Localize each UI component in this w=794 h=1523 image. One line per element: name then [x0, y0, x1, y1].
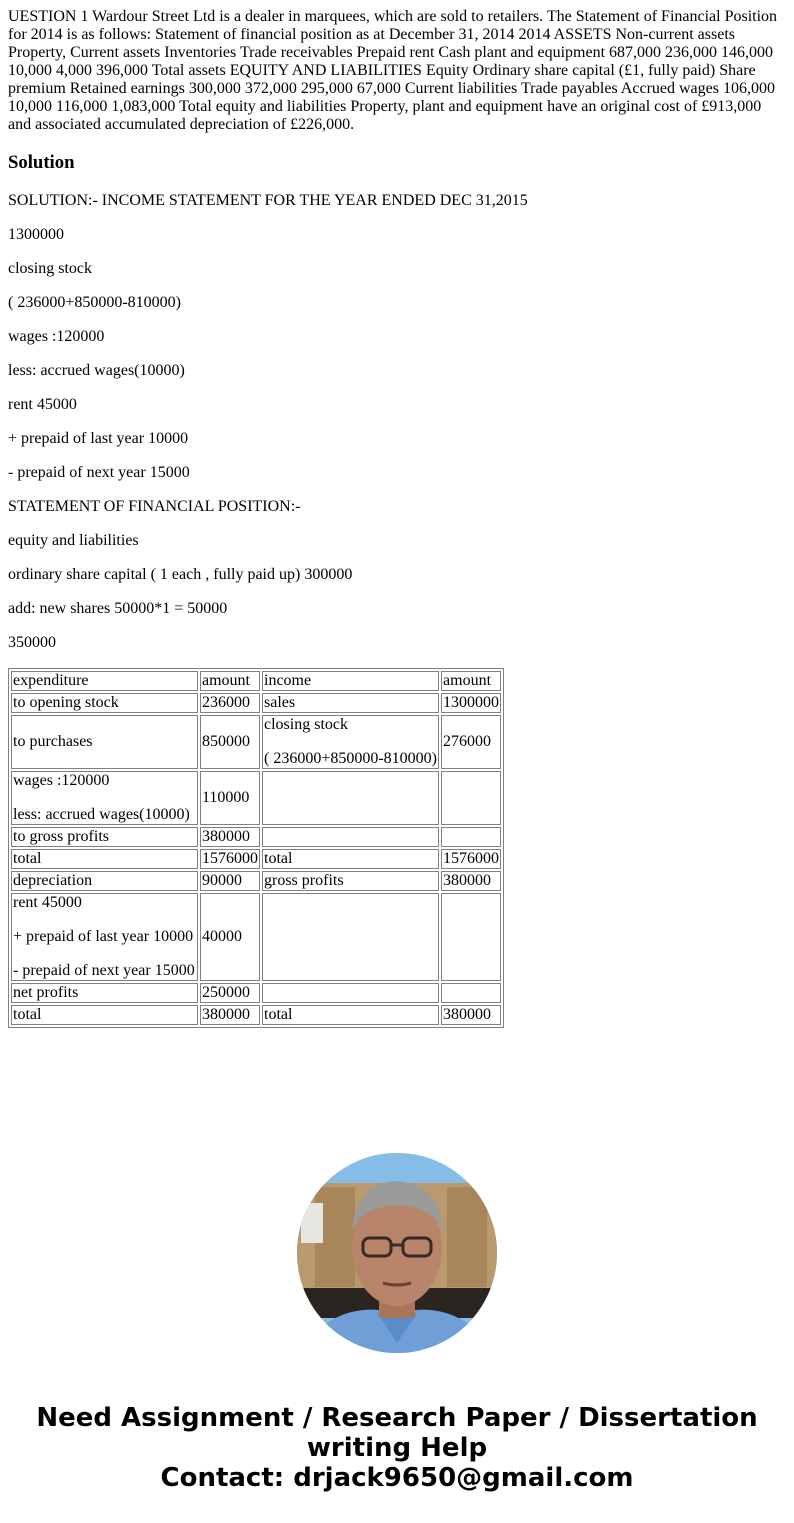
table-row: total1576000total1576000 [11, 849, 501, 869]
header-expenditure: expenditure [11, 671, 198, 691]
solution-line: STATEMENT OF FINANCIAL POSITION:- [8, 498, 786, 516]
solution-lines: SOLUTION:- INCOME STATEMENT FOR THE YEAR… [8, 192, 786, 652]
question-text: UESTION 1 Wardour Street Ltd is a dealer… [8, 8, 786, 134]
income-amount-cell: 276000 [441, 715, 501, 769]
document-body: UESTION 1 Wardour Street Ltd is a dealer… [0, 0, 794, 1028]
income-amount-cell: 1576000 [441, 849, 501, 869]
income-cell: total [262, 1005, 439, 1025]
table-row: to purchases850000closing stock( 236000+… [11, 715, 501, 769]
expenditure-cell: to purchases [11, 715, 198, 769]
solution-line: wages :120000 [8, 328, 786, 346]
income-amount-cell: 1300000 [441, 693, 501, 713]
income-cell [262, 893, 439, 981]
solution-line: ( 236000+850000-810000) [8, 294, 786, 312]
income-amount-cell: 380000 [441, 871, 501, 891]
table-row: depreciation90000gross profits380000 [11, 871, 501, 891]
solution-line: 350000 [8, 634, 786, 652]
expenditure-amount-cell: 110000 [200, 771, 260, 825]
expenditure-cell: net profits [11, 983, 198, 1003]
footer-contact-email: Contact: drjack9650@gmail.com [0, 1463, 794, 1493]
expenditure-cell: depreciation [11, 871, 198, 891]
expenditure-amount-cell: 90000 [200, 871, 260, 891]
expenditure-amount-cell: 250000 [200, 983, 260, 1003]
income-cell: gross profits [262, 871, 439, 891]
footer-line-2: writing Help [0, 1433, 794, 1463]
solution-heading: Solution [8, 152, 786, 174]
solution-line: closing stock [8, 260, 786, 278]
solution-line: SOLUTION:- INCOME STATEMENT FOR THE YEAR… [8, 192, 786, 210]
solution-line: less: accrued wages(10000) [8, 362, 786, 380]
solution-line: + prepaid of last year 10000 [8, 430, 786, 448]
income-amount-cell [441, 983, 501, 1003]
cell-line: + prepaid of last year 10000 [13, 928, 196, 946]
income-amount-cell: 380000 [441, 1005, 501, 1025]
contact-footer: Need Assignment / Research Paper / Disse… [0, 1403, 794, 1493]
header-amount: amount [200, 671, 260, 691]
income-statement-table: expenditure amount income amount to open… [8, 668, 504, 1028]
expenditure-cell: to opening stock [11, 693, 198, 713]
expenditure-cell: rent 45000+ prepaid of last year 10000- … [11, 893, 198, 981]
expenditure-cell: total [11, 849, 198, 869]
footer-line-1: Need Assignment / Research Paper / Disse… [0, 1403, 794, 1433]
solution-line: - prepaid of next year 15000 [8, 464, 786, 482]
expenditure-amount-cell: 380000 [200, 1005, 260, 1025]
header-income: income [262, 671, 439, 691]
table-row: net profits250000 [11, 983, 501, 1003]
cell-line: rent 45000 [13, 894, 196, 912]
expenditure-cell: total [11, 1005, 198, 1025]
expenditure-amount-cell: 850000 [200, 715, 260, 769]
table-header-row: expenditure amount income amount [11, 671, 501, 691]
table-row: to gross profits380000 [11, 827, 501, 847]
income-cell [262, 771, 439, 825]
solution-line: equity and liabilities [8, 532, 786, 550]
expenditure-amount-cell: 1576000 [200, 849, 260, 869]
income-cell: sales [262, 693, 439, 713]
income-cell: closing stock( 236000+850000-810000) [262, 715, 439, 769]
income-amount-cell [441, 771, 501, 825]
table-row: rent 45000+ prepaid of last year 10000- … [11, 893, 501, 981]
expenditure-amount-cell: 380000 [200, 827, 260, 847]
cell-line: ( 236000+850000-810000) [264, 750, 437, 768]
table-row: total380000total380000 [11, 1005, 501, 1025]
expenditure-amount-cell: 40000 [200, 893, 260, 981]
cell-line: wages :120000 [13, 772, 196, 790]
header-amount: amount [441, 671, 501, 691]
table-row: to opening stock236000sales1300000 [11, 693, 501, 713]
expenditure-cell: to gross profits [11, 827, 198, 847]
expenditure-amount-cell: 236000 [200, 693, 260, 713]
cell-line: less: accrued wages(10000) [13, 806, 196, 824]
solution-line: 1300000 [8, 226, 786, 244]
income-amount-cell [441, 893, 501, 981]
solution-line: ordinary share capital ( 1 each , fully … [8, 566, 786, 584]
solution-line: add: new shares 50000*1 = 50000 [8, 600, 786, 618]
income-cell: total [262, 849, 439, 869]
expenditure-cell: wages :120000less: accrued wages(10000) [11, 771, 198, 825]
income-amount-cell [441, 827, 501, 847]
income-cell [262, 983, 439, 1003]
cell-line: closing stock [264, 716, 437, 734]
person-photo-icon [297, 1153, 497, 1353]
solution-line: rent 45000 [8, 396, 786, 414]
cell-line: - prepaid of next year 15000 [13, 962, 196, 980]
income-cell [262, 827, 439, 847]
table-row: wages :120000less: accrued wages(10000)1… [11, 771, 501, 825]
